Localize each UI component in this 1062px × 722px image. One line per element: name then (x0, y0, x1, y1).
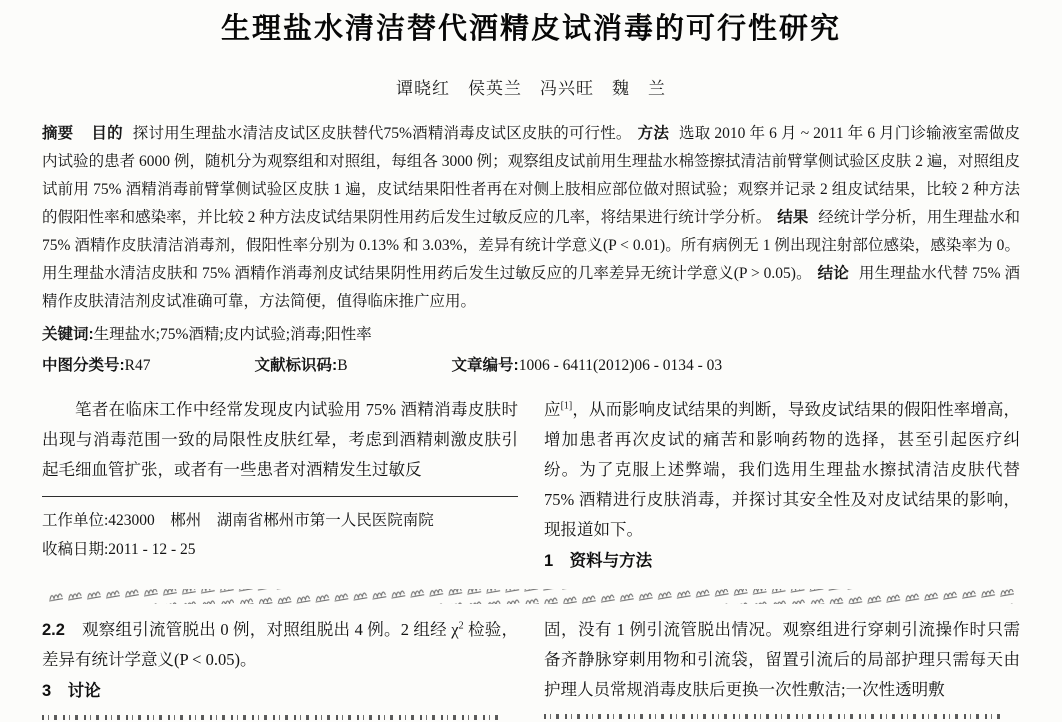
abstract-label: 摘要 (42, 125, 73, 142)
paper-authors: 谭晓红 侯英兰 冯兴旺 魏 兰 (0, 74, 1062, 99)
intro-paragraph-right: 应[1]，从而影响皮试结果的判断，导致皮试结果的假阳性率增高，增加患者再次皮试的… (544, 395, 1020, 545)
classification-line: 中图分类号:R47 文献标识码:B 文章编号:1006 - 6411(2012)… (42, 352, 1020, 380)
author-footnote: 工作单位:423000 郴州 湖南省郴州市第一人民医院南院 收稿日期:2011 … (42, 496, 518, 564)
footnote-received-date: 收稿日期:2011 - 12 - 25 (42, 535, 518, 564)
discussion-columns: 2.2 观察组引流管脱出 0 例，对照组脱出 4 例。2 组经 χ2 检验，差异… (42, 615, 1020, 720)
intro-right-column: 应[1]，从而影响皮试结果的判断，导致皮试结果的假阳性率增高，增加患者再次皮试的… (544, 395, 1020, 576)
conclusion-label: 结论 (818, 265, 849, 282)
abstract-paragraph: 摘要 目的探讨用生理盐水清洁皮试区皮肤替代75%酒精消毒皮试区皮肤的可行性。 方… (42, 120, 1020, 316)
document-code: 文献标识码:B (255, 352, 348, 380)
keywords-text: 生理盐水;75%酒精;皮内试验;消毒;阳性率 (94, 326, 372, 343)
reference-superscript: [1] (561, 401, 573, 412)
intro-columns: 笔者在临床工作中经常发现皮内试验用 75% 酒精消毒皮肤时出现与消毒范围一致的局… (42, 395, 1020, 576)
section-2-2-number: 2.2 (42, 621, 65, 639)
result-2-2-paragraph: 2.2 观察组引流管脱出 0 例，对照组脱出 4 例。2 组经 χ2 检验，差异… (42, 615, 518, 675)
scanned-paper-page: { "paper": { "title": "生理盐水清洁替代酒精皮试消毒的可行… (0, 0, 1062, 722)
squiggle-divider (48, 589, 1014, 604)
paper-title: 生理盐水清洁替代酒精皮试消毒的可行性研究 (0, 6, 1062, 47)
keywords-line: 关键词:生理盐水;75%酒精;皮内试验;消毒;阳性率 (42, 321, 1020, 349)
discussion-paragraph-right: 固，没有 1 例引流管脱出情况。观察组进行穿刺引流操作时只需备齐静脉穿刺用物和引… (544, 615, 1020, 705)
paper-page: 生理盐水清洁替代酒精皮试消毒的可行性研究 谭晓红 侯英兰 冯兴旺 魏 兰 摘要 … (0, 6, 1062, 722)
section-1-heading: 1 资料与方法 (544, 546, 1020, 576)
keywords-label: 关键词: (42, 326, 94, 343)
section-3-heading: 3 讨论 (42, 676, 518, 706)
footnote-affiliation: 工作单位:423000 郴州 湖南省郴州市第一人民医院南院 (42, 506, 518, 535)
discussion-left-column: 2.2 观察组引流管脱出 0 例，对照组脱出 4 例。2 组经 χ2 检验，差异… (42, 615, 518, 720)
intro-paragraph-left: 笔者在临床工作中经常发现皮内试验用 75% 酒精消毒皮肤时出现与消毒范围一致的局… (42, 395, 518, 485)
objective-text: 探讨用生理盐水清洁皮试区皮肤替代75%酒精消毒皮试区皮肤的可行性。 (133, 125, 632, 142)
clc-number: 中图分类号:R47 (42, 352, 151, 380)
methods-label: 方法 (638, 125, 669, 142)
discussion-right-column: 固，没有 1 例引流管脱出情况。观察组进行穿刺引流操作时只需备齐静脉穿刺用物和引… (544, 615, 1020, 720)
results-label: 结果 (777, 209, 808, 226)
clipped-text-line-left (42, 715, 504, 720)
clipped-text-line-right (544, 714, 1006, 719)
article-id: 文章编号:1006 - 6411(2012)06 - 0134 - 03 (452, 352, 723, 380)
intro-left-column: 笔者在临床工作中经常发现皮内试验用 75% 酒精消毒皮肤时出现与消毒范围一致的局… (42, 395, 518, 576)
objective-label: 目的 (91, 125, 122, 142)
